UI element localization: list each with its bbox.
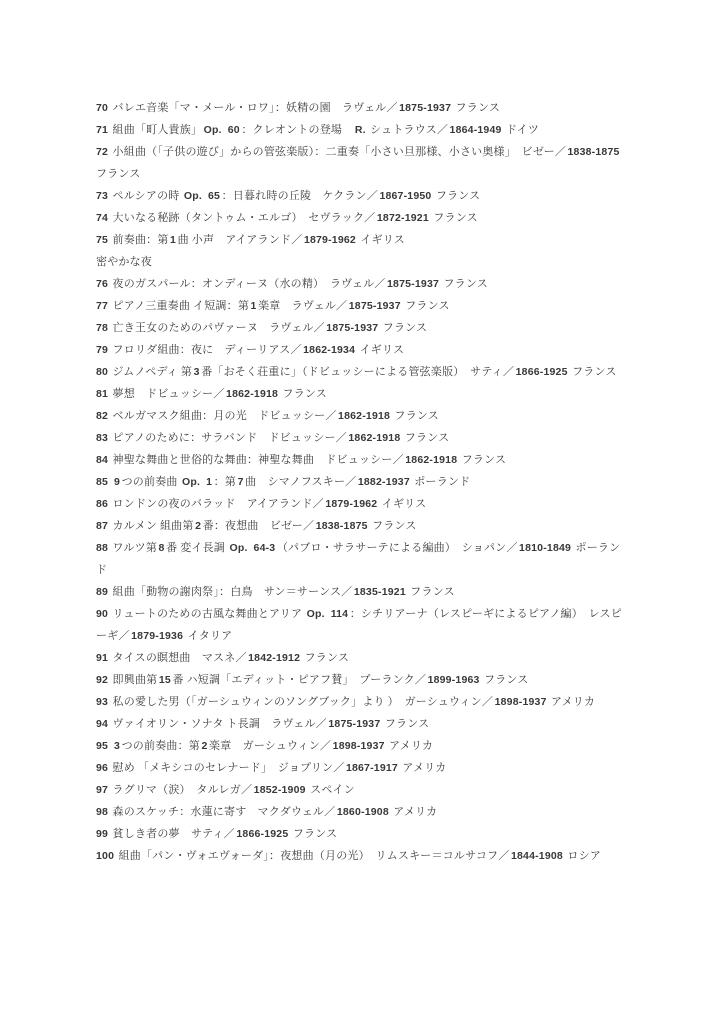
latin-run: 1864-1949 [450,124,502,136]
latin-run: 1866-1925 [516,366,568,378]
latin-run: 3 [194,366,200,378]
list-entry-82: 82 ベルガマスク組曲：月の光 ドビュッシー／1862-1918 フランス [96,405,630,427]
latin-run: 1875-1937 [349,300,401,312]
entry-number: 85 [96,476,108,488]
list-entry-75: 75 前奏曲：第1曲 小声 アイアランド／1879-1962 イギリス [96,229,630,251]
latin-run: 7 [238,476,244,488]
entry-number: 75 [96,234,108,246]
list-entry-81: 81 夢想 ドビュッシー／1862-1918 フランス [96,383,630,405]
latin-run: 1879-1962 [325,498,377,510]
latin-run: 15 [159,674,171,686]
entry-number: 81 [96,388,108,400]
latin-run: 9 [114,476,120,488]
list-entry-99: 99 貧しき者の夢 サティ／1866-1925 フランス [96,823,630,845]
list-entry-73: 73 ペルシアの時 Op. 65：日暮れ時の丘陵 ケクラン／1867-1950 … [96,185,630,207]
list-entry-74: 74 大いなる秘跡（タントゥム・エルゴ） セヴラック／1872-1921 フラン… [96,207,630,229]
latin-run: 1862-1934 [303,344,355,356]
latin-run: Op. [182,476,200,488]
latin-run: 1838-1875 [568,146,620,158]
list-entry-94: 94 ヴァイオリン・ソナタ ト長調 ラヴェル／1875-1937 フランス [96,713,630,735]
entry-number: 77 [96,300,108,312]
list-entry-84: 84 神聖な舞曲と世俗的な舞曲：神聖な舞曲 ドビュッシー／1862-1918 フ… [96,449,630,471]
entry-number: 86 [96,498,108,510]
entry-number: 97 [96,784,108,796]
latin-run: 1875-1937 [387,278,439,290]
entry-number: 79 [96,344,108,356]
entry-number: 99 [96,828,108,840]
entry-number: 94 [96,718,108,730]
entry-number: 78 [96,322,108,334]
list-entry-79: 79 フロリダ組曲：夜に ディーリアス／1862-1934 イギリス [96,339,630,361]
entry-number: 72 [96,146,108,158]
latin-run: 1879-1936 [131,630,183,642]
entry-number: 90 [96,608,108,620]
list-entry-98: 98 森のスケッチ：水蓮に寄す マクダウェル／1860-1908 アメリカ [96,801,630,823]
latin-run: Op. [307,608,325,620]
latin-run: 1899-1963 [428,674,480,686]
latin-run: 1866-1925 [236,828,288,840]
latin-run: 1862-1918 [338,410,390,422]
entry-number: 83 [96,432,108,444]
latin-run: 1862-1918 [226,388,278,400]
latin-run: 1867-1917 [346,762,398,774]
list-entry-76: 76 夜のガスパール：オンディーヌ（水の精） ラヴェル／1875-1937 フラ… [96,273,630,295]
music-piece-list: 70 バレエ音楽「マ・メール・ロワ」：妖精の園 ラヴェル／1875-1937 フ… [96,97,630,867]
latin-run: 64-3 [254,542,276,554]
entry-number: 74 [96,212,108,224]
latin-run: 1862-1918 [348,432,400,444]
entry-number: 84 [96,454,108,466]
list-entry-100: 100 組曲「パン・ヴォエヴォーダ」：夜想曲（月の光） リムスキー＝コルサコフ／… [96,845,630,867]
entry-number: 100 [96,850,114,862]
list-entry-70: 70 バレエ音楽「マ・メール・ロワ」：妖精の園 ラヴェル／1875-1937 フ… [96,97,630,119]
latin-run: 8 [159,542,165,554]
entry-number: 71 [96,124,108,136]
latin-run: 1875-1937 [399,102,451,114]
latin-run: 3 [114,740,120,752]
list-entry-80: 80 ジムノペディ 第3番「おそく荘重に」（ドビュッシーによる管弦楽版） サティ… [96,361,630,383]
entry-number: 73 [96,190,108,202]
entry-number: 87 [96,520,108,532]
latin-run: 1882-1937 [358,476,410,488]
latin-run: 1875-1937 [326,322,378,334]
latin-run: 1860-1908 [337,806,389,818]
latin-run: 1898-1937 [333,740,385,752]
list-entry-92: 92 即興曲第15番 ハ短調「エディット・ピアフ賛」 プーランク／1899-19… [96,669,630,691]
latin-run: 1838-1875 [316,520,368,532]
latin-run: Op. [204,124,222,136]
entry-number: 82 [96,410,108,422]
latin-run: 1898-1937 [495,696,547,708]
latin-run: 1 [206,476,212,488]
entry-number: 76 [96,278,108,290]
latin-run: 2 [202,740,208,752]
entry-number: 93 [96,696,108,708]
list-entry-97: 97 ラグリマ（涙） タルレガ／1852-1909 スペイン [96,779,630,801]
entry-number: 98 [96,806,108,818]
entry-number: 89 [96,586,108,598]
latin-run: 1867-1950 [379,190,431,202]
latin-run: 1835-1921 [354,586,406,598]
list-entry-78: 78 亡き王女のためのパヴァーヌ ラヴェル／1875-1937 フランス [96,317,630,339]
latin-run: 60 [228,124,240,136]
list-entry-83: 83 ピアノのために：サラバンド ドビュッシー／1862-1918 フランス [96,427,630,449]
list-entry-90: 90 リュートのための古風な舞曲とアリア Op. 114：シチリアーナ（レスピー… [96,603,630,647]
latin-run: 1852-1909 [254,784,306,796]
entry-number: 88 [96,542,108,554]
list-entry-85: 85 9つの前奏曲 Op. 1：第7曲 シマノフスキー／1882-1937 ポー… [96,471,630,493]
latin-run: 1810-1849 [519,542,571,554]
latin-run: 1842-1912 [248,652,300,664]
latin-run: R. [355,124,366,136]
entry-number: 91 [96,652,108,664]
list-entry-88: 88 ワルツ第8番 変イ長調 Op. 64-3（パブロ・サラサーテによる編曲） … [96,537,630,581]
list-entry-72: 72 小組曲（「子供の遊び」からの管弦楽版）：二重奏「小さい旦那様、小さい奥様」… [96,141,630,185]
latin-run: 1 [170,234,176,246]
latin-run: 1844-1908 [511,850,563,862]
list-entry-71: 71 組曲「町人貴族」Op. 60：クレオントの登場 R. シュトラウス／186… [96,119,630,141]
latin-run: 2 [195,520,201,532]
list-entry-95: 95 3つの前奏曲：第2楽章 ガーシュウィン／1898-1937 アメリカ [96,735,630,757]
latin-run: Op. [184,190,202,202]
list-entry-89: 89 組曲「動物の謝肉祭」：白鳥 サン＝サーンス／1835-1921 フランス [96,581,630,603]
document-page: 70 バレエ音楽「マ・メール・ロワ」：妖精の園 ラヴェル／1875-1937 フ… [0,0,723,1024]
list-entry-91: 91 タイスの瞑想曲 マスネ／1842-1912 フランス [96,647,630,669]
latin-run: Op. [229,542,247,554]
list-entry-continuation: 密やかな夜 [96,251,630,273]
latin-run: 114 [331,608,349,620]
list-entry-77: 77 ピアノ三重奏曲 イ短調：第1楽章 ラヴェル／1875-1937 フランス [96,295,630,317]
latin-run: 1862-1918 [405,454,457,466]
list-entry-93: 93 私の愛した男（「ガーシュウィンのソングブック」より ） ガーシュウィン／1… [96,691,630,713]
list-entry-96: 96 慰め 「メキシコのセレナード」 ジョプリン／1867-1917 アメリカ [96,757,630,779]
latin-run: 65 [208,190,220,202]
entry-number: 95 [96,740,108,752]
list-entry-87: 87 カルメン 組曲第2番：夜想曲 ビゼー／1838-1875 フランス [96,515,630,537]
latin-run: 1872-1921 [377,212,429,224]
entry-number: 70 [96,102,108,114]
entry-number: 80 [96,366,108,378]
list-entry-86: 86 ロンドンの夜のバラッド アイアランド／1879-1962 イギリス [96,493,630,515]
latin-run: 1879-1962 [304,234,356,246]
latin-run: 1875-1937 [328,718,380,730]
latin-run: 1 [251,300,257,312]
entry-number: 96 [96,762,108,774]
entry-number: 92 [96,674,108,686]
